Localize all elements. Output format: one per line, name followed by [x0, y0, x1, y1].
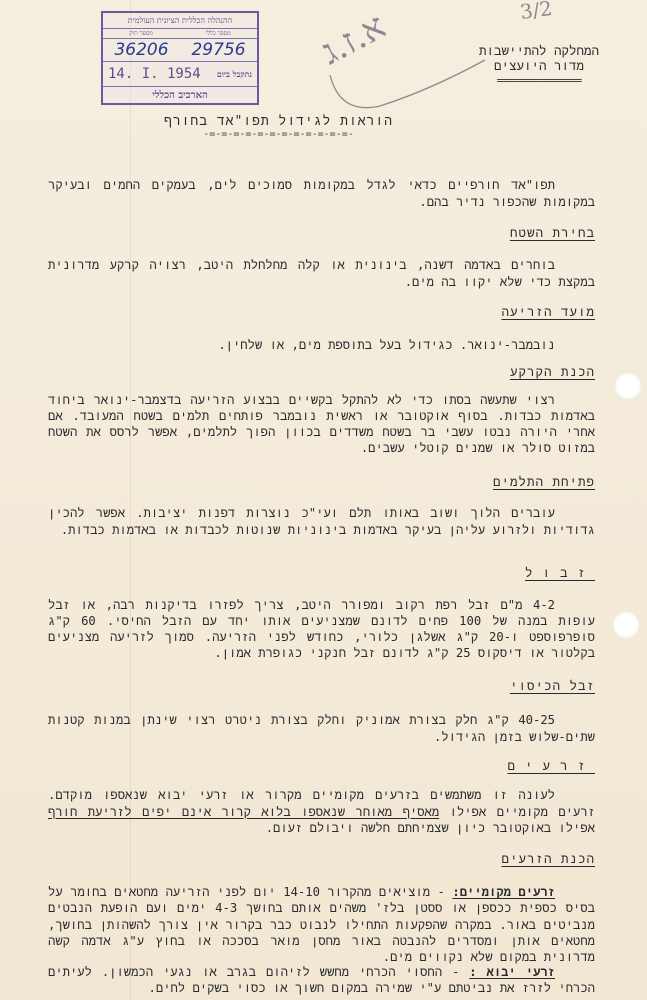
punch-hole — [615, 373, 641, 399]
section-body-seed-prep: זרעים מקומיים: - מוציאים מהקרור 14-10 יו… — [48, 884, 595, 965]
section-heading-field-selection: בחירת השטח — [510, 225, 595, 241]
section-body-import-seeds: זרעי יבוא : - החסוי הכרחי מחשש לזיהום בג… — [48, 964, 595, 997]
section-body-furrows: עוברים הלוך ושוב באותו תלם ועי"כ נוצרות … — [48, 505, 595, 538]
section-heading-fertilizing: זבול — [525, 565, 595, 581]
stamp-institution: ההנהלה הכללית הציונית העולמית — [103, 13, 257, 29]
section-body-sowing-time: נובמבר-ינואר. כגידול בעל בתוספת מים, או … — [48, 337, 595, 354]
stamp-file-number: 36206 — [114, 40, 168, 60]
section-heading-seeds: זרעים — [507, 758, 595, 774]
header-underline: =============== — [479, 73, 599, 88]
archive-stamp: ההנהלה הכללית הציונית העולמית מספר כללי … — [101, 11, 259, 105]
stamp-general-number: 29756 — [191, 40, 245, 60]
section-body-fertilizing: 4-2 מ"ם זבל רפת רקוב ומפורר היטב, צריך ל… — [48, 597, 595, 661]
page-fold — [130, 0, 131, 1000]
title-text: הוראות לגידול תפו"אד בחורף — [0, 114, 557, 129]
document-title: הוראות לגידול תפו"אד בחורף -=-=-=-=-=-=-… — [0, 114, 647, 140]
local-seeds-label: זרעים מקומיים: — [452, 885, 555, 899]
stamp-column-labels: מספר כללי מספר תיק — [103, 29, 257, 39]
section-body-seeds: לעונה זו משתמשים בזרעים מקומיים מקרור או… — [48, 787, 595, 837]
intro-paragraph: תפו"אד חורפיים כדאי לגדל במקומות סמוכים … — [48, 177, 595, 210]
handwritten-note-top: 3/2 — [518, 0, 553, 24]
punch-hole — [613, 612, 639, 638]
seeds-emphasis: מאסיף מאוחר שנאספו בלוא קרור אינם יפים ל… — [48, 805, 439, 819]
department-section: מדור היועצים — [479, 58, 599, 73]
stamp-date: 14. I. 1954 — [108, 66, 201, 82]
stamp-received: נתקבל ביום 14. I. 1954 — [103, 62, 257, 87]
title-underline: -=-=-=-=-=-=-=-=-=-=-=-=- — [0, 129, 557, 140]
section-body-field-selection: בוחרים באדמה דשנה, בינונית או קלה מחלחלת… — [48, 257, 595, 290]
section-heading-sowing-time: מועד הזריעה — [501, 304, 595, 320]
section-heading-top-dressing: זבל הכיסוי — [510, 678, 595, 694]
document-page: ההנהלה הכללית הציונית העולמית מספר כללי … — [0, 0, 647, 1000]
section-body-soil-prep: רצוי שתעשה בסתו כדי לא להתקל בקשיים בבצו… — [48, 392, 595, 456]
department-header: המחלקה להתיישבות מדור היועצים ==========… — [479, 43, 599, 88]
stamp-received-label: נתקבל ביום — [217, 70, 252, 79]
section-heading-seed-prep: הכנת הזרעים — [501, 851, 595, 867]
section-heading-soil-prep: הכנת הקרקע — [510, 364, 595, 380]
stamp-archive: הארכיב הכללי — [103, 87, 257, 104]
department-name: המחלקה להתיישבות — [479, 43, 599, 58]
section-body-top-dressing: 40-25 ק"ג חלק בצורת אמוניק וחלק בצורת ני… — [48, 712, 595, 745]
handwritten-stroke — [320, 40, 490, 110]
import-seeds-label: זרעי יבוא : — [469, 965, 555, 979]
section-heading-furrows: פתיחת התלמים — [493, 474, 595, 490]
stamp-numbers: 36206 29756 — [103, 39, 257, 62]
